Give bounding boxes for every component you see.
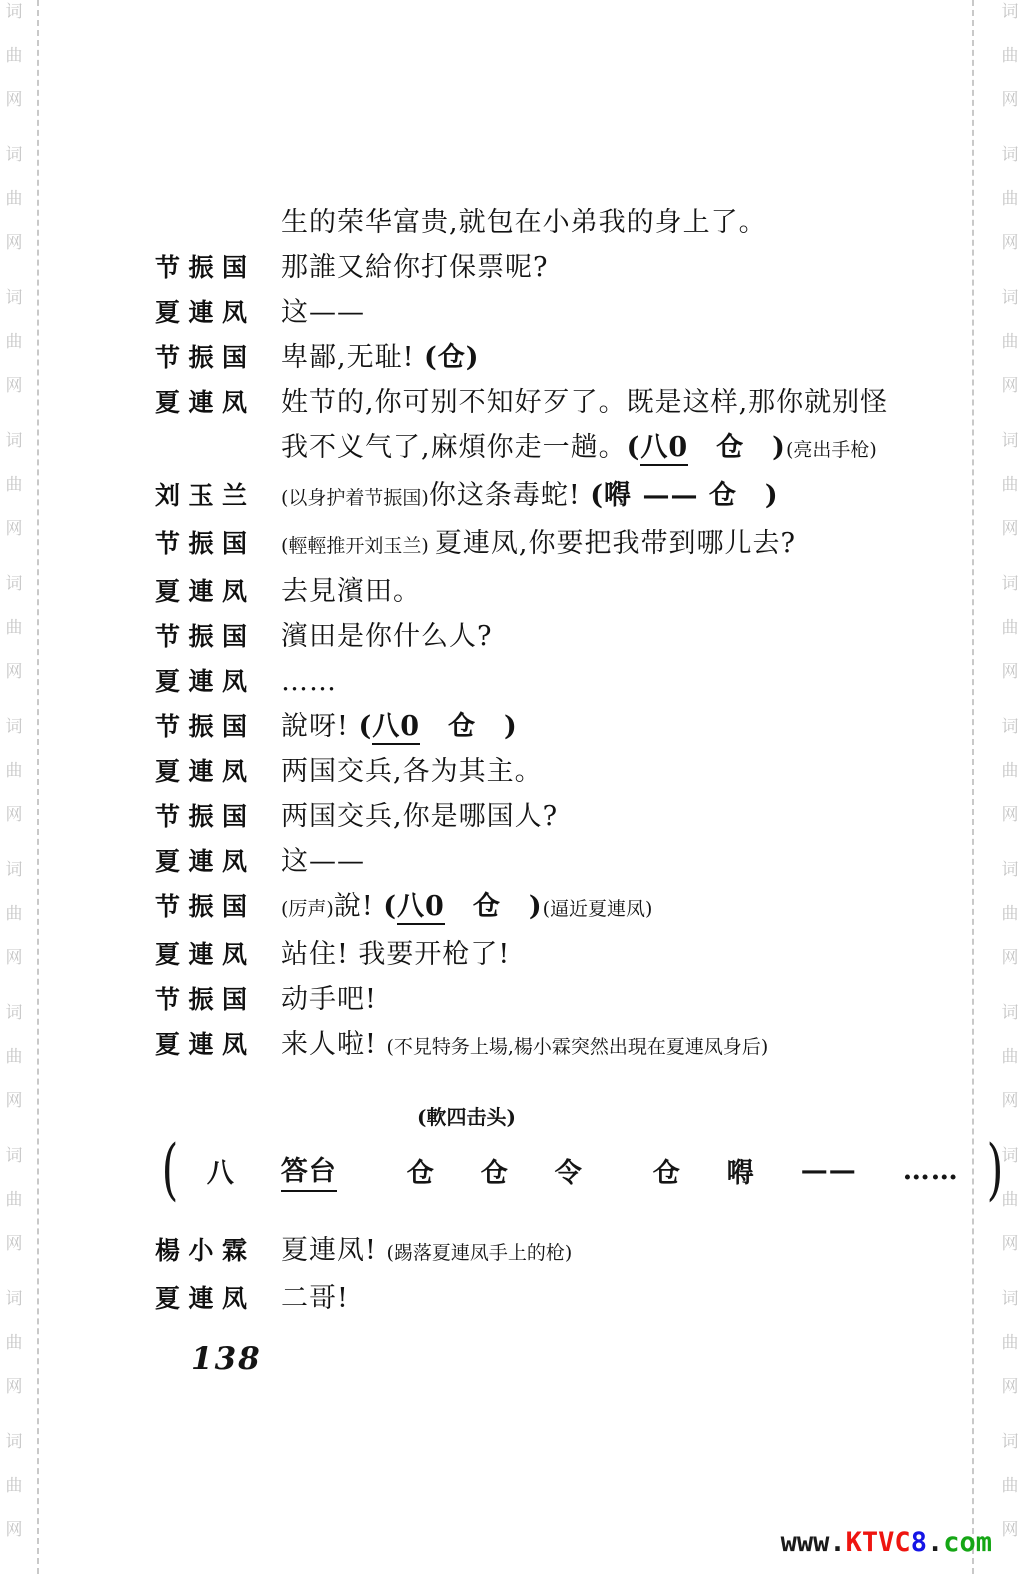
percussion-notation: 八0	[640, 432, 688, 466]
line-text: 那誰又給你打保票呢?	[281, 245, 915, 290]
watermark-side-group: 词曲网	[6, 147, 23, 252]
dialogue-text: ……	[281, 666, 337, 697]
site-watermark-segment: com	[943, 1527, 992, 1558]
open-paren: (	[162, 1140, 179, 1200]
watermark-char: 网	[6, 378, 23, 395]
watermark-char: 曲	[1002, 48, 1019, 65]
watermark-char: 网	[6, 950, 23, 967]
notation-group: 仓仓令	[384, 1151, 606, 1190]
script-line: 节振国說呀! (八0 仓 )	[155, 704, 915, 749]
notation-group: 仓嘚——……	[630, 1151, 982, 1190]
speaker-name: 节振国	[155, 704, 247, 749]
script-line: 夏連凤两国交兵,各为其主。	[155, 749, 915, 794]
watermark-char: 词	[6, 862, 23, 879]
close-paren: )	[986, 1140, 1003, 1200]
watermark-char: 词	[6, 1434, 23, 1451]
percussion-notation: (	[627, 432, 641, 463]
dialogue-text: 两国交兵,你是哪国人?	[281, 801, 558, 832]
script-line: 楊小霖夏連凤! (踢落夏連凤手上的枪)	[155, 1228, 915, 1276]
watermark-side-group: 词曲网	[6, 433, 23, 538]
stage-direction: (厉声)	[281, 898, 334, 920]
stage-direction: (逼近夏連凤)	[543, 898, 653, 920]
script-line: 刘玉兰(以身护着节振国)你这条毒蛇! (嘚 —— 仓 )	[155, 473, 915, 521]
dialogue-text: 說!	[334, 891, 383, 922]
speaker-name: 刘玉兰	[155, 473, 247, 518]
watermark-column-right: 词曲网词曲网词曲网词曲网词曲网词曲网词曲网词曲网词曲网词曲网词曲网	[999, 4, 1021, 1574]
watermark-side-group: 词曲网	[6, 719, 23, 824]
line-text: 卑鄙,无耻! (仓)	[281, 335, 915, 380]
watermark-char: 曲	[1002, 1049, 1019, 1066]
watermark-side-group: 词曲网	[1002, 4, 1019, 109]
notation-syllable: 仓	[481, 1151, 509, 1190]
watermark-char: 网	[6, 1236, 23, 1253]
line-text: 姓节的,你可别不知好歹了。既是这样,那你就别怪我不义气了,麻煩你走一趟。(八0 …	[281, 380, 915, 473]
watermark-char: 曲	[6, 191, 23, 208]
dialogue-text: 去見濱田。	[281, 576, 421, 607]
watermark-side-group: 词曲网	[1002, 290, 1019, 395]
watermark-side-group: 词曲网	[1002, 147, 1019, 252]
watermark-char: 网	[6, 807, 23, 824]
watermark-char: 曲	[6, 620, 23, 637]
script-line: 夏連凤姓节的,你可别不知好歹了。既是这样,那你就别怪我不义气了,麻煩你走一趟。(…	[155, 380, 915, 473]
watermark-char: 词	[1002, 433, 1019, 450]
line-text: 去見濱田。	[281, 569, 915, 614]
watermark-char: 网	[1002, 1379, 1019, 1396]
notation-syllable: ——	[801, 1155, 857, 1186]
line-text: 两国交兵,你是哪国人?	[281, 794, 915, 839]
speaker-name: 夏連凤	[155, 569, 247, 614]
speaker-name: 夏連凤	[155, 380, 247, 425]
dialogue-text: 两国交兵,各为其主。	[281, 756, 543, 787]
notation-syllable: 八	[207, 1151, 235, 1190]
dialogue-text: 站住! 我要开枪了!	[281, 939, 510, 970]
watermark-char: 曲	[6, 906, 23, 923]
watermark-char: 词	[1002, 1434, 1019, 1451]
watermark-char: 网	[6, 92, 23, 109]
watermark-side-group: 词曲网	[6, 862, 23, 967]
percussion-pattern-label: (軟四击头)	[417, 1104, 915, 1130]
watermark-char: 曲	[1002, 334, 1019, 351]
watermark-char: 网	[1002, 1522, 1019, 1539]
watermark-char: 词	[6, 147, 23, 164]
speaker-name: 节振国	[155, 794, 247, 839]
watermark-char: 网	[1002, 807, 1019, 824]
notation-group: 八答台	[184, 1149, 360, 1192]
site-watermark: www.KTVC8.com	[781, 1527, 992, 1558]
line-text: (厉声)說! (八0 仓 )(逼近夏連凤)	[281, 884, 915, 932]
percussion-notation: 八0	[372, 711, 420, 745]
script-page: 生的荣华富贵,就包在小弟我的身上了。节振国那誰又給你打保票呢?夏連凤这——节振国…	[155, 200, 915, 1377]
watermark-char: 网	[6, 1379, 23, 1396]
watermark-char: 词	[6, 433, 23, 450]
stage-direction: (以身护着节振国)	[281, 487, 429, 509]
line-text: 这——	[281, 290, 915, 335]
watermark-char: 词	[1002, 1005, 1019, 1022]
watermark-char: 网	[1002, 92, 1019, 109]
script-line: 夏連凤这——	[155, 839, 915, 884]
dialogue-text: 这——	[281, 846, 365, 877]
watermark-char: 网	[1002, 950, 1019, 967]
speaker-name: 节振国	[155, 614, 247, 659]
watermark-char: 词	[6, 719, 23, 736]
notation-syllable: 嘚	[727, 1151, 755, 1190]
speaker-name: 夏連凤	[155, 1276, 247, 1321]
dialogue-text: 夏連凤,你要把我带到哪儿去?	[435, 528, 796, 559]
speaker-name: 节振国	[155, 245, 247, 290]
watermark-side-group: 词曲网	[6, 1291, 23, 1396]
watermark-char: 词	[6, 576, 23, 593]
watermark-char: 网	[1002, 378, 1019, 395]
watermark-char: 网	[1002, 1236, 1019, 1253]
script-line: 夏連凤站住! 我要开枪了!	[155, 932, 915, 977]
watermark-side-group: 词曲网	[1002, 862, 1019, 967]
script-line: 夏連凤去見濱田。	[155, 569, 915, 614]
notation-syllable: 仓	[407, 1151, 435, 1190]
watermark-column-left: 词曲网词曲网词曲网词曲网词曲网词曲网词曲网词曲网词曲网词曲网词曲网	[3, 4, 25, 1574]
stage-direction: (亮出手枪)	[786, 439, 877, 461]
right-dashed-border	[972, 0, 974, 1574]
script-line: 节振国那誰又給你打保票呢?	[155, 245, 915, 290]
speaker-name: 节振国	[155, 977, 247, 1022]
watermark-char: 曲	[6, 1049, 23, 1066]
watermark-char: 网	[1002, 1093, 1019, 1110]
speaker-name: 夏連凤	[155, 290, 247, 335]
watermark-side-group: 词曲网	[1002, 1434, 1019, 1539]
watermark-side-group: 词曲网	[6, 4, 23, 109]
percussion-notation: (嘚 —— 仓 )	[590, 480, 778, 511]
page-number: 138	[191, 1341, 915, 1377]
speaker-name: 夏連凤	[155, 749, 247, 794]
speaker-name: 夏連凤	[155, 932, 247, 977]
watermark-char: 网	[6, 235, 23, 252]
dialogue-text: 来人啦!	[281, 1029, 386, 1060]
script-line: 节振国(厉声)說! (八0 仓 )(逼近夏連凤)	[155, 884, 915, 932]
watermark-char: 曲	[6, 334, 23, 351]
watermark-char: 曲	[1002, 620, 1019, 637]
line-text: 站住! 我要开枪了!	[281, 932, 915, 977]
watermark-side-group: 词曲网	[1002, 576, 1019, 681]
site-watermark-segment: www.	[781, 1527, 846, 1558]
speaker-name: 夏連凤	[155, 1022, 247, 1067]
watermark-char: 词	[6, 1148, 23, 1165]
speaker-name: 节振国	[155, 335, 247, 380]
script-line: 生的荣华富贵,就包在小弟我的身上了。	[155, 200, 915, 245]
watermark-char: 曲	[6, 477, 23, 494]
watermark-side-group: 词曲网	[1002, 433, 1019, 538]
left-dashed-border	[37, 0, 39, 1574]
watermark-char: 网	[1002, 235, 1019, 252]
script-line: 节振国两国交兵,你是哪国人?	[155, 794, 915, 839]
dialogue-text: 濱田是你什么人?	[281, 621, 492, 652]
notation-syllable: 令	[555, 1151, 583, 1190]
watermark-char: 词	[1002, 4, 1019, 21]
watermark-char: 曲	[6, 763, 23, 780]
dialogue-text: 那誰又給你打保票呢?	[281, 252, 548, 283]
watermark-char: 词	[1002, 1291, 1019, 1308]
watermark-side-group: 词曲网	[6, 576, 23, 681]
percussion-notation: 仓 )	[420, 711, 518, 742]
watermark-side-group: 词曲网	[6, 290, 23, 395]
line-text: (以身护着节振国)你这条毒蛇! (嘚 —— 仓 )	[281, 473, 915, 521]
watermark-char: 曲	[6, 1478, 23, 1495]
percussion-notation: 仓 )	[688, 432, 786, 463]
watermark-side-group: 词曲网	[1002, 1005, 1019, 1110]
watermark-char: 网	[6, 1093, 23, 1110]
watermark-char: 曲	[1002, 477, 1019, 494]
line-text: 来人啦! (不見特务上場,楊小霖突然出現在夏連凤身后)	[281, 1022, 915, 1070]
percussion-notation-line: (八答台仓仓令仓嘚——……)	[157, 1138, 915, 1202]
watermark-char: 词	[1002, 576, 1019, 593]
watermark-char: 曲	[1002, 763, 1019, 780]
stage-direction: (踢落夏連凤手上的枪)	[386, 1242, 572, 1264]
watermark-char: 曲	[1002, 1478, 1019, 1495]
watermark-char: 网	[1002, 521, 1019, 538]
site-watermark-segment: KTVC	[846, 1527, 911, 1558]
line-text: 二哥!	[281, 1276, 915, 1321]
watermark-char: 词	[6, 1291, 23, 1308]
watermark-char: 曲	[6, 1335, 23, 1352]
watermark-char: 词	[6, 1005, 23, 1022]
percussion-notation: 仓 )	[445, 891, 543, 922]
watermark-side-group: 词曲网	[6, 1148, 23, 1253]
stage-direction: (不見特务上場,楊小霖突然出現在夏連凤身后)	[386, 1036, 768, 1058]
dialogue-text: 說呀!	[281, 711, 358, 742]
speaker-name: 楊小霖	[155, 1228, 247, 1273]
watermark-side-group: 词曲网	[1002, 1291, 1019, 1396]
stage-direction: (輕輕推开刘玉兰)	[281, 535, 435, 557]
line-text: 动手吧!	[281, 977, 915, 1022]
watermark-char: 曲	[1002, 906, 1019, 923]
script-line: 夏連凤……	[155, 659, 915, 704]
site-watermark-segment: 8	[911, 1527, 927, 1558]
watermark-char: 词	[1002, 147, 1019, 164]
script-line: 节振国卑鄙,无耻! (仓)	[155, 335, 915, 380]
watermark-side-group: 词曲网	[6, 1005, 23, 1110]
watermark-char: 网	[6, 521, 23, 538]
dialogue-text: 卑鄙,无耻!	[281, 342, 424, 373]
watermark-char: 网	[6, 664, 23, 681]
watermark-char: 词	[1002, 719, 1019, 736]
line-text: 濱田是你什么人?	[281, 614, 915, 659]
script-line: 节振国动手吧!	[155, 977, 915, 1022]
line-text: 說呀! (八0 仓 )	[281, 704, 915, 749]
dialogue-text: 这——	[281, 297, 365, 328]
speaker-name: 节振国	[155, 521, 247, 566]
speaker-name: 夏連凤	[155, 839, 247, 884]
percussion-notation: (	[383, 891, 397, 922]
percussion-notation: 八0	[397, 891, 445, 925]
line-text: 生的荣华富贵,就包在小弟我的身上了。	[281, 200, 915, 245]
watermark-char: 网	[6, 1522, 23, 1539]
script-lines-after-notation: 楊小霖夏連凤! (踢落夏連凤手上的枪)夏連凤二哥!	[155, 1228, 915, 1321]
watermark-char: 曲	[1002, 1335, 1019, 1352]
watermark-char: 词	[6, 290, 23, 307]
watermark-char: 词	[1002, 862, 1019, 879]
speaker-name: 节振国	[155, 884, 247, 929]
line-text: (輕輕推开刘玉兰) 夏連凤,你要把我带到哪儿去?	[281, 521, 915, 569]
line-text: 这——	[281, 839, 915, 884]
watermark-char: 曲	[1002, 191, 1019, 208]
script-line: 夏連凤这——	[155, 290, 915, 335]
percussion-notation: (仓)	[424, 342, 480, 373]
watermark-char: 曲	[6, 1192, 23, 1209]
dialogue-text: 你这条毒蛇!	[429, 480, 590, 511]
script-line: 节振国(輕輕推开刘玉兰) 夏連凤,你要把我带到哪儿去?	[155, 521, 915, 569]
watermark-char: 曲	[6, 48, 23, 65]
watermark-char: 网	[1002, 664, 1019, 681]
watermark-char: 词	[6, 4, 23, 21]
dialogue-text: 夏連凤!	[281, 1235, 386, 1266]
watermark-side-group: 词曲网	[1002, 719, 1019, 824]
line-text: 两国交兵,各为其主。	[281, 749, 915, 794]
dialogue-text: 动手吧!	[281, 984, 377, 1015]
notation-syllable: 答台	[281, 1149, 337, 1192]
speaker-name: 夏連凤	[155, 659, 247, 704]
dialogue-text: 二哥!	[281, 1283, 349, 1314]
line-text: ……	[281, 659, 915, 704]
notation-syllable: 仓	[653, 1151, 681, 1190]
site-watermark-segment: .	[927, 1527, 943, 1558]
script-line: 节振国濱田是你什么人?	[155, 614, 915, 659]
watermark-side-group: 词曲网	[6, 1434, 23, 1539]
watermark-char: 词	[1002, 290, 1019, 307]
notation-syllable: ……	[903, 1155, 959, 1186]
script-lines: 生的荣华富贵,就包在小弟我的身上了。节振国那誰又給你打保票呢?夏連凤这——节振国…	[155, 200, 915, 1070]
script-line: 夏連凤二哥!	[155, 1276, 915, 1321]
script-line: 夏連凤来人啦! (不見特务上場,楊小霖突然出現在夏連凤身后)	[155, 1022, 915, 1070]
percussion-notation: (	[358, 711, 372, 742]
line-text: 夏連凤! (踢落夏連凤手上的枪)	[281, 1228, 915, 1276]
dialogue-text: 生的荣华富贵,就包在小弟我的身上了。	[281, 207, 767, 238]
